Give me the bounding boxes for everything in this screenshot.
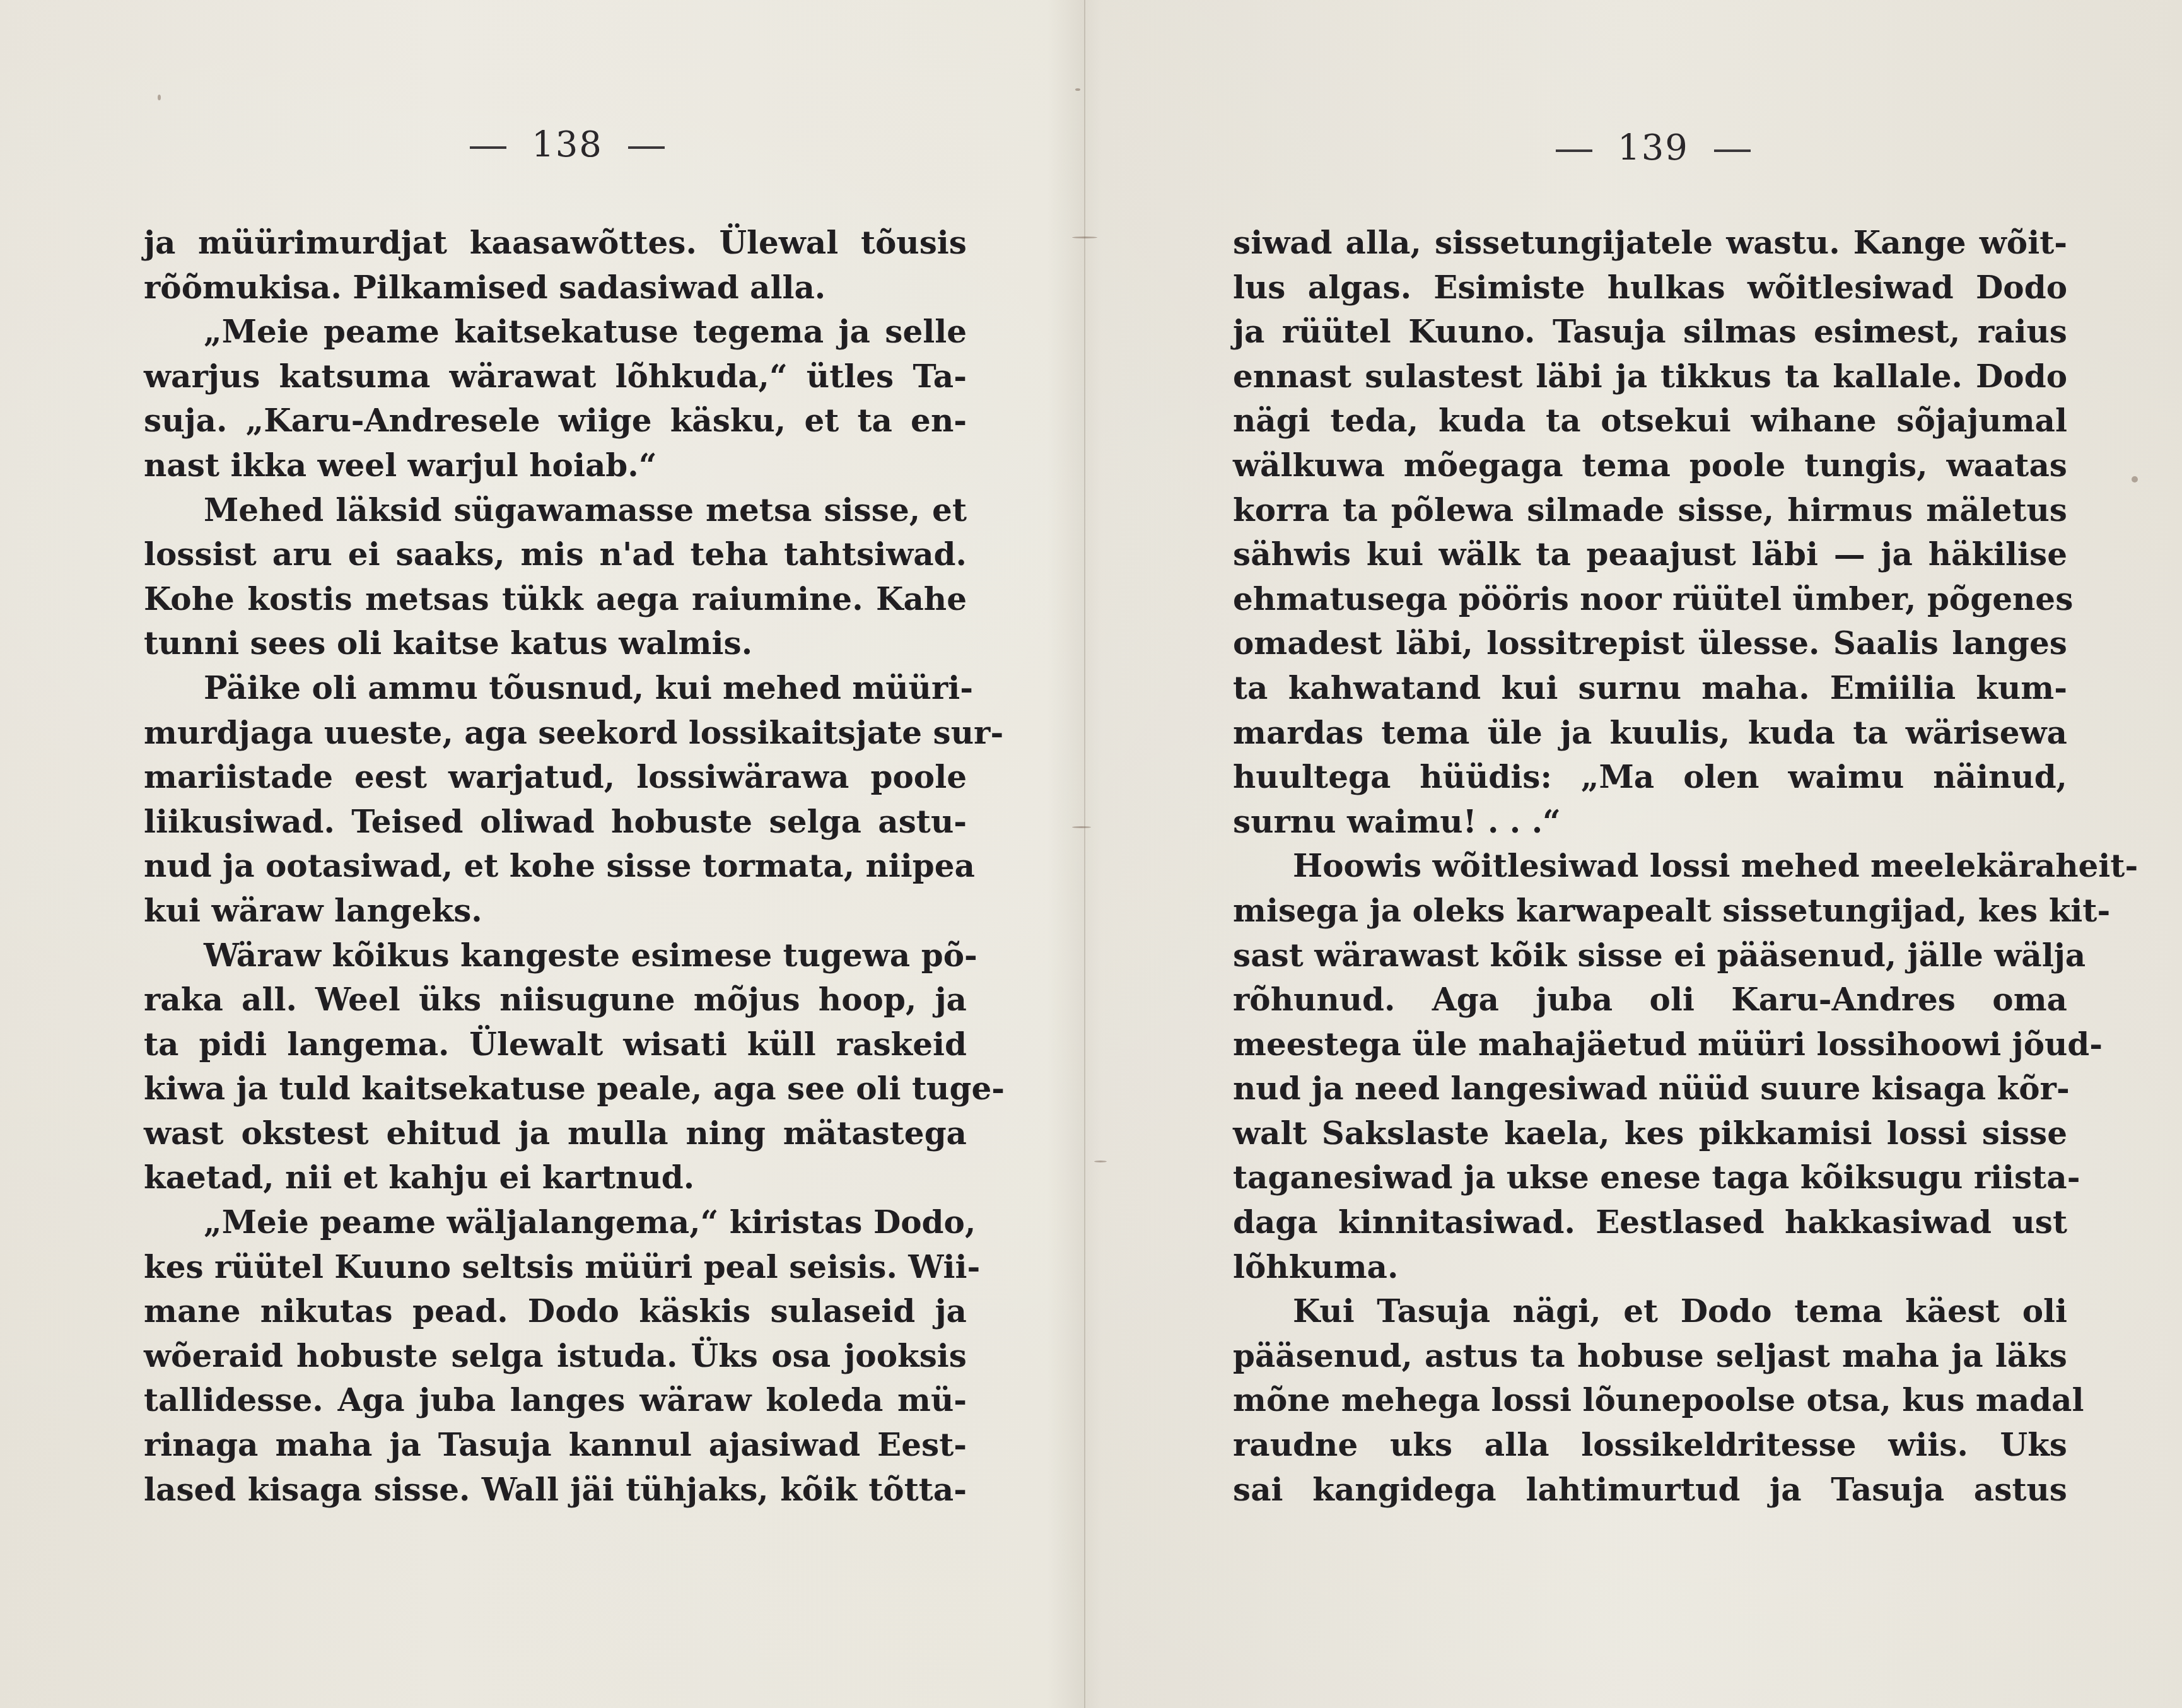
text-line: Päike oli ammu tõusnud, kui mehed müüri- xyxy=(144,666,967,711)
text-line: Kohe kostis metsas tükk aega raiumine. K… xyxy=(144,577,967,622)
text-line: nägi teda, kuda ta otsekui wihane sõjaju… xyxy=(1233,399,2067,443)
page-number-text: 138 xyxy=(532,124,603,165)
text-line: ennast sulastest läbi ja tikkus ta kalla… xyxy=(1233,354,2067,399)
paper-speck xyxy=(1072,237,1097,238)
text-line: Hoowis wõitlesiwad lossi mehed meelekära… xyxy=(1233,844,2067,889)
paper-speck xyxy=(1075,88,1080,91)
text-line: rakа all. Weel üks niisugune mõjus hoop,… xyxy=(144,978,967,1022)
dash-ornament xyxy=(470,146,506,149)
text-line: murdjaga uueste, aga seekord lossikaitsj… xyxy=(144,711,967,756)
left-page-number: 138 xyxy=(445,123,690,167)
text-line: korra ta põlewa silmade sisse, hirmus mä… xyxy=(1233,488,2067,533)
text-line: ja rüütel Kuuno. Tasuja silmas esimest, … xyxy=(1233,310,2067,354)
text-line: lõhkuma. xyxy=(1233,1245,2067,1290)
text-line: ta kahwatand kui surnu maha. Emiilia kum… xyxy=(1233,666,2067,711)
paper-speck xyxy=(2132,476,2138,483)
text-line: rõõmukisa. Pilkamised sadasiwad alla. xyxy=(144,266,967,310)
text-line: mane nikutas pead. Dodo käskis sulaseid … xyxy=(144,1289,967,1334)
text-line: kaetad, nii et kahju ei kartnud. xyxy=(144,1155,967,1200)
text-line: warjus katsuma wärawat lõhkuda,“ ütles T… xyxy=(144,354,967,399)
dash-ornament xyxy=(1556,149,1592,152)
text-line: nud ja ootasiwad, et kohe sisse tormata,… xyxy=(144,844,967,889)
text-line: walt Sakslaste kaela, kes pikkamisi loss… xyxy=(1233,1111,2067,1156)
book-spread: 138 ja müürimurdjat kaasawõttes. Ülewal … xyxy=(0,0,2182,1708)
text-line: suja. „Karu-Andresele wiige käsku, et ta… xyxy=(144,399,967,443)
text-line: liikusiwad. Teised oliwad hobuste selga … xyxy=(144,800,967,845)
text-line: ta pidi langema. Ülewalt wisati küll ras… xyxy=(144,1022,967,1067)
text-line: pääsenud, astus ta hobuse seljast maha j… xyxy=(1233,1334,2067,1379)
dash-ornament xyxy=(1714,149,1751,152)
text-line: mariistade eest warjatud, lossiwärawa po… xyxy=(144,755,967,800)
text-line: wõeraid hobuste selga istuda. Üks osa jo… xyxy=(144,1334,967,1379)
text-line: sast wärawast kõik sisse ei pääsenud, jä… xyxy=(1233,933,2067,978)
text-line: surnu waimu! . . .“ xyxy=(1233,800,2067,845)
text-line: „Meie peame kaitsekatuse tegema ja selle xyxy=(144,310,967,354)
page-number-text: 139 xyxy=(1618,127,1689,168)
text-line: nast ikka weel warjul hoiab.“ xyxy=(144,443,967,488)
text-line: lossist aru ei saaks, mis n'ad teha taht… xyxy=(144,532,967,577)
text-line: wast okstest ehitud ja mulla ning mätast… xyxy=(144,1111,967,1156)
text-line: mõne mehega lossi lõunepoolse otsa, kus … xyxy=(1233,1378,2067,1423)
right-page-number: 139 xyxy=(1531,126,1776,170)
text-line: sähwis kui wälk ta peaajust läbi — ja hä… xyxy=(1233,532,2067,577)
text-line: kes rüütel Kuuno seltsis müüri peal seis… xyxy=(144,1245,967,1290)
text-line: nud ja need langesiwad nüüd suure kisaga… xyxy=(1233,1067,2067,1111)
text-line: raudne uks alla lossikeldritesse wiis. U… xyxy=(1233,1423,2067,1468)
text-line: taganesiwad ja ukse enese taga kõiksugu … xyxy=(1233,1155,2067,1200)
text-line: kiwa ja tuld kaitsekatuse peale, aga see… xyxy=(144,1067,967,1111)
left-page-text: ja müürimurdjat kaasawõttes. Ülewal tõus… xyxy=(144,221,967,1512)
left-page: 138 ja müürimurdjat kaasawõttes. Ülewal … xyxy=(0,0,1085,1708)
text-line: siwad alla, sissetungijatele wastu. Kang… xyxy=(1233,221,2067,266)
text-line: rinaga maha ja Tasuja kannul ajasiwad Ee… xyxy=(144,1423,967,1468)
paper-speck xyxy=(1072,826,1091,828)
text-line: tunni sees oli kaitse katus walmis. xyxy=(144,621,967,666)
text-line: mardas tema üle ja kuulis, kuda ta wäris… xyxy=(1233,711,2067,756)
text-line: sai kangidega lahtimurtud ja Tasuja astu… xyxy=(1233,1468,2067,1512)
text-line: „Meie peame wäljalangema,“ kiristas Dodo… xyxy=(144,1200,967,1245)
text-line: daga kinnitasiwad. Eestlased hakkasiwad … xyxy=(1233,1200,2067,1245)
text-line: wälkuwa mõegaga tema poole tungis, waata… xyxy=(1233,443,2067,488)
text-line: Wäraw kõikus kangeste esimese tugewa põ- xyxy=(144,933,967,978)
text-line: huultega hüüdis: „Ma olen waimu näinud, xyxy=(1233,755,2067,800)
text-line: ehmatusega pööris noor rüütel ümber, põg… xyxy=(1233,577,2067,622)
text-line: Kui Tasuja nägi, et Dodo tema käest oli xyxy=(1233,1289,2067,1334)
text-line: rõhunud. Aga juba oli Karu-Andres oma xyxy=(1233,978,2067,1022)
text-line: ja müürimurdjat kaasawõttes. Ülewal tõus… xyxy=(144,221,967,266)
text-line: lus algas. Esimiste hulkas wõitlesiwad D… xyxy=(1233,266,2067,310)
text-line: meestega üle mahajäetud müüri lossihoowi… xyxy=(1233,1022,2067,1067)
right-page: 139 siwad alla, sissetungijatele wastu. … xyxy=(1086,0,2182,1708)
text-line: misega ja oleks karwapealt sissetungijad… xyxy=(1233,889,2067,933)
text-line: omadest läbi, lossitrepist ülesse. Saali… xyxy=(1233,621,2067,666)
text-line: tallidesse. Aga juba langes wäraw koleda… xyxy=(144,1378,967,1423)
paper-speck xyxy=(1094,1161,1107,1162)
dash-ornament xyxy=(628,146,665,149)
text-line: kui wäraw langeks. xyxy=(144,889,967,933)
right-page-text: siwad alla, sissetungijatele wastu. Kang… xyxy=(1233,221,2067,1512)
paper-speck xyxy=(158,95,161,100)
text-line: lased kisaga sisse. Wall jäi tühjaks, kõ… xyxy=(144,1468,967,1512)
text-line: Mehed läksid sügawamasse metsa sisse, et xyxy=(144,488,967,533)
